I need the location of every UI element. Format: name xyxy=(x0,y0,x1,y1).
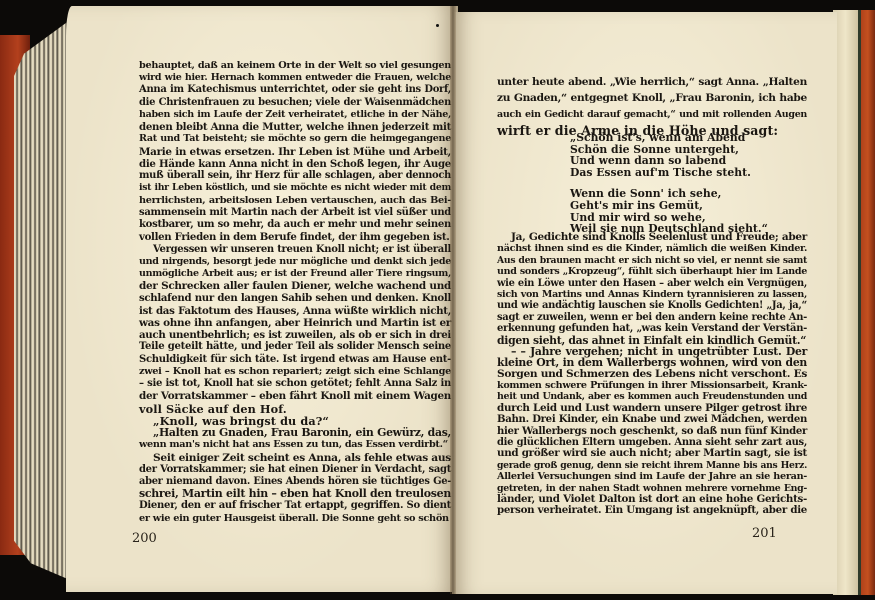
text-line: auch unentbehrlich; es ist zuweilen, als… xyxy=(139,329,451,341)
text-line: auch ein Gedicht darauf gemacht,“ und mi… xyxy=(497,107,807,123)
text-line: gerade groß genug, denn sie reicht ihrem… xyxy=(497,460,807,471)
text-line: und größer wird sie auch nicht; aber Mar… xyxy=(497,448,807,459)
text-line: er wie ein guter Hausgeist überall. Die … xyxy=(139,513,451,525)
text-line: Bahn. Drei Kinder, ein Knabe und zwei Mä… xyxy=(497,414,807,425)
text-line: was ohne ihn anfangen, aber Heinrich und… xyxy=(139,317,451,329)
text-line: haben sich im Laufe der Zeit verheiratet… xyxy=(139,109,451,121)
text-line: kostbarer, um so mehr, da auch er mehr u… xyxy=(139,219,451,231)
text-line: unter heute abend. „Wie herrlich,“ sagt … xyxy=(497,74,807,90)
text-line: wenn man's nicht hat ans Essen zu tun, d… xyxy=(139,439,451,451)
right-page-text-top: unter heute abend. „Wie herrlich,“ sagt … xyxy=(497,74,807,139)
left-page: behauptet, daß an keinem Orte in der Wel… xyxy=(66,6,458,592)
text-line: und nirgends, besorgt jede nur mögliche … xyxy=(139,256,451,268)
text-line: sammensein mit Martin nach der Arbeit is… xyxy=(139,207,451,219)
right-page: unter heute abend. „Wie herrlich,“ sagt … xyxy=(452,12,837,594)
book-gutter xyxy=(450,6,456,594)
text-line: vollen Frieden in dem Berufe findet, der… xyxy=(139,231,451,243)
text-line: der Vorratskammer – eben fährt Knoll mit… xyxy=(139,390,451,402)
page-stack-left xyxy=(14,20,70,580)
left-page-text: behauptet, daß an keinem Orte in der Wel… xyxy=(139,60,451,525)
text-line: die Hände kann Anna nicht in den Schoß l… xyxy=(139,158,451,170)
poem-line: Das Essen auf'm Tische steht. xyxy=(570,167,770,179)
text-line: ist das Faktotum des Hauses, Anna wüßte … xyxy=(139,305,451,317)
text-line: Sorgen und Schmerzen des Lebens nicht ve… xyxy=(497,369,807,380)
text-line: behauptet, daß an keinem Orte in der Wel… xyxy=(139,60,451,72)
text-line: person verheiratet. Ein Umgang ist angek… xyxy=(497,505,807,516)
text-line: durch Leid und Lust wandern unsere Pilge… xyxy=(497,403,807,414)
text-line: hier Wallerbergs noch geschenkt, so daß … xyxy=(497,426,807,437)
text-line: Diener, den er auf frischer Tat ertappt,… xyxy=(139,500,451,512)
text-line: denen bleibt Anna die Mutter, welche ihn… xyxy=(139,121,451,133)
text-line: und wie andächtig lauschen sie Knolls Ge… xyxy=(497,300,807,311)
poem-line: Geht's mir ins Gemüt, xyxy=(570,200,770,212)
text-line: schrei, Martin eilt hin – eben hat Knoll… xyxy=(139,488,451,500)
text-line: Aus den braunen macht er sich nicht so v… xyxy=(497,255,807,266)
right-page-text-bottom: Ja, Gedichte sind Knolls Seelenlust und … xyxy=(497,232,807,517)
text-line: wie ein Löwe unter den Hasen – aber welc… xyxy=(497,278,807,289)
text-line: Teile geteilt hätte, und jeder Teil als … xyxy=(139,341,451,353)
text-line: zwei – Knoll hat es schon repariert; zei… xyxy=(139,366,451,378)
printing-mark xyxy=(436,24,439,27)
text-line: Schuldigkeit für sich täte. Ist irgend e… xyxy=(139,354,451,366)
text-line: und sonders „Kropzeug“, fühlt sich überh… xyxy=(497,266,807,277)
text-line: Anna im Katechismus unterrichtet, oder s… xyxy=(139,84,451,96)
text-line: Allerlei Versuchungen sind im Laufe der … xyxy=(497,471,807,482)
text-line: ist ihr Leben köstlich, und sie möchte e… xyxy=(139,182,451,194)
poem: „Schön ist's, wenn am Abend Schön die So… xyxy=(570,132,770,235)
text-line: herrlichsten, arbeitslosen Leben vertaus… xyxy=(139,195,451,207)
text-line: schlafend nur den langen Sahib sehen und… xyxy=(139,292,451,304)
page-stack-right xyxy=(833,10,861,595)
text-line: kleine Ort, in dem Wallerbergs wohnen, w… xyxy=(497,357,807,368)
text-line: sagt er zuweilen, wenn er bei den andern… xyxy=(497,312,807,323)
text-line: unmögliche Arbeit aus; er ist der Freund… xyxy=(139,268,451,280)
text-line: Rat und Tat beisteht; sie möchte so gern… xyxy=(139,133,451,145)
poem-line: „Schön ist's, wenn am Abend xyxy=(570,132,770,144)
text-line: Seit einiger Zeit scheint es Anna, als f… xyxy=(139,452,451,464)
text-line: die Christenfrauen zu besuchen; viele de… xyxy=(139,97,451,109)
text-line: Vergessen wir unseren treuen Knoll nicht… xyxy=(139,244,451,256)
text-line: voll Säcke auf den Hof. xyxy=(139,403,451,415)
text-line: kommen schwere Prüfungen in ihrer Missio… xyxy=(497,380,807,391)
text-line: Ja, Gedichte sind Knolls Seelenlust und … xyxy=(497,232,807,243)
text-line: muß überall sein, ihr Herz für alle schl… xyxy=(139,170,451,182)
text-line: „Halten zu Gnaden, Frau Baronin, ein Gew… xyxy=(139,427,451,439)
text-line: wird wie hier. Hernach kommen entweder d… xyxy=(139,72,451,84)
text-line: – sie ist tot, Knoll hat sie schon getöt… xyxy=(139,378,451,390)
text-line: erkennung gefunden hat, „was kein Versta… xyxy=(497,323,807,334)
text-line: der Vorratskammer; sie hat einen Diener … xyxy=(139,464,451,476)
text-line: der Schrecken aller faulen Diener, welch… xyxy=(139,280,451,292)
page-number-right: 201 xyxy=(752,526,777,541)
page-number-left: 200 xyxy=(132,531,157,546)
text-line: Marie in etwas ersetzen. Ihr Leben ist M… xyxy=(139,146,451,158)
text-line: sich von Martins und Annas Kindern tyran… xyxy=(497,289,807,300)
text-line: zu Gnaden,“ entgegnet Knoll, „Frau Baron… xyxy=(497,90,807,106)
text-line: nächst ihnen sind es die Kinder, nämlich… xyxy=(497,243,807,254)
